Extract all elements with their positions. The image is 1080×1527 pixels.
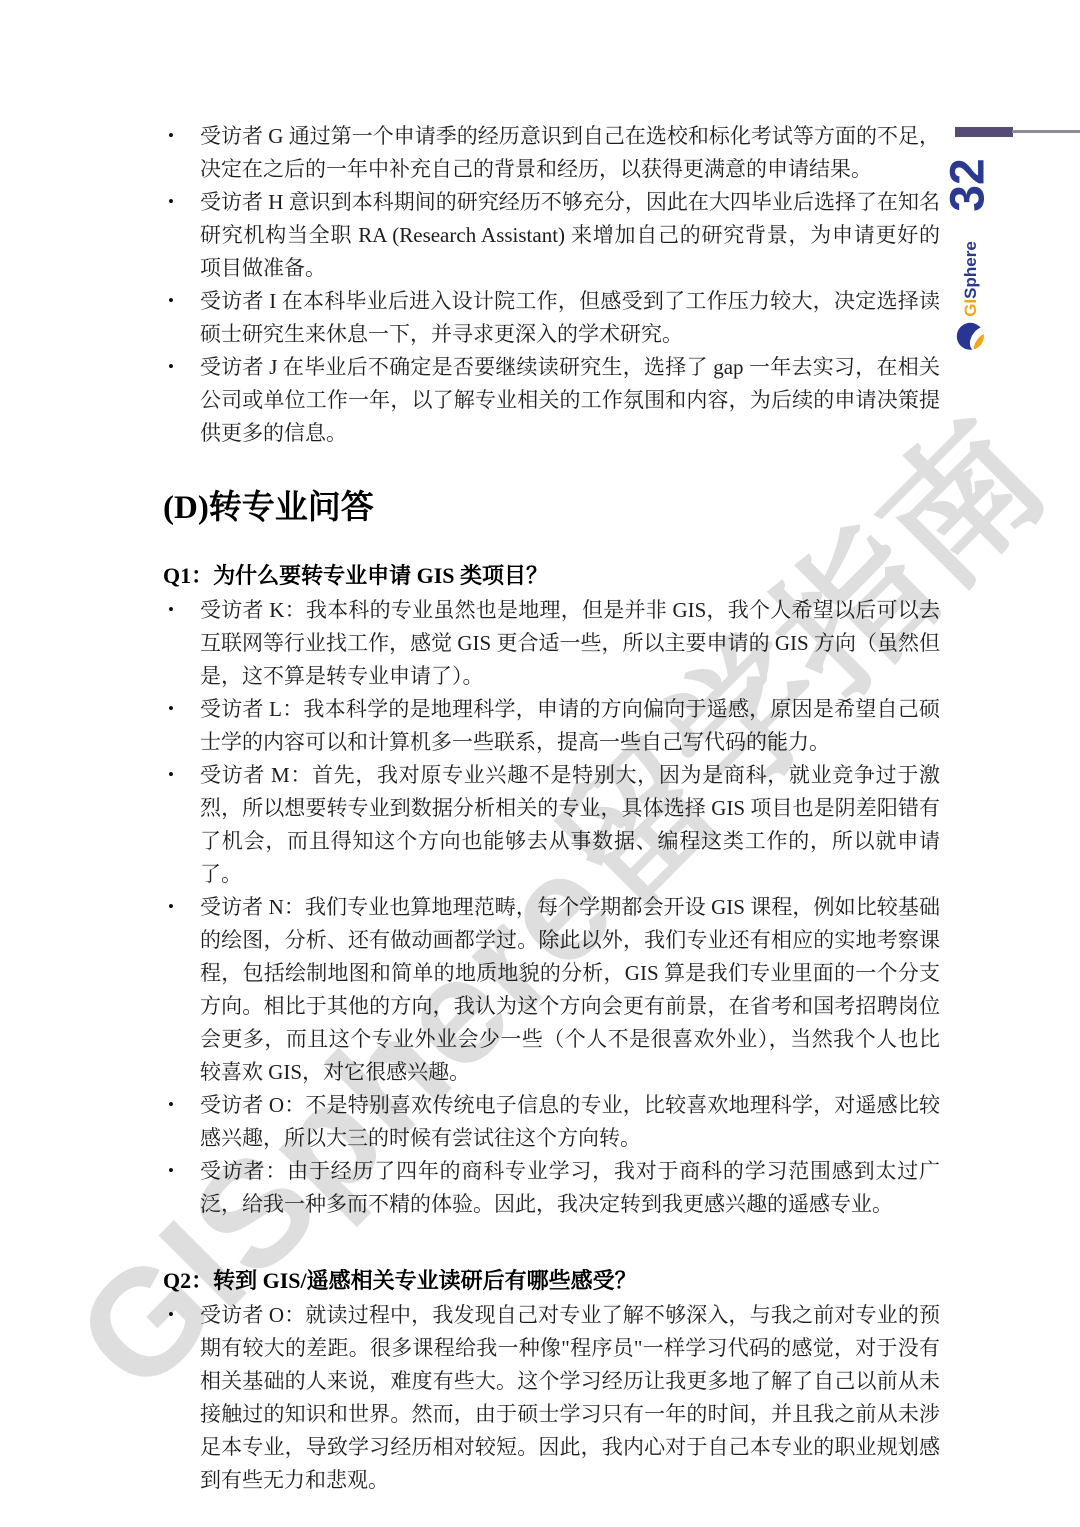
bullet-text: 受访者 O：就读过程中，我发现自己对专业了解不够深入，与我之前对专业的预期有较大… (200, 1303, 940, 1492)
bullet-text: 受访者 I 在本科毕业后进入设计院工作，但感受到了工作压力较大，决定选择读硕士研… (200, 289, 940, 346)
question-1-answer-list: • 受访者 K：我本科的专业虽然也是地理，但是并非 GIS，我个人希望以后可以去… (163, 594, 940, 1221)
page-number-container: 32 (928, 142, 1010, 228)
bullet-icon: • (168, 119, 174, 152)
bullet-icon: • (168, 284, 174, 317)
header-accent-line (1012, 130, 1080, 133)
bullet-text: 受访者 G 通过第一个申请季的经历意识到自己在选校和标化考试等方面的不足，决定在… (200, 124, 940, 181)
question-2-label: Q2： (163, 1268, 213, 1293)
bullet-icon: • (168, 1088, 174, 1121)
list-item: • 受访者 H 意识到本科期间的研究经历不够充分，因此在大四毕业后选择了在知名研… (163, 186, 940, 285)
bullet-text: 受访者 K：我本科的专业虽然也是地理，但是并非 GIS，我个人希望以后可以去互联… (200, 598, 940, 688)
gisphere-logo-text: GISphere (962, 241, 979, 317)
bullet-text: 受访者 L：我本科学的是地理科学，申请的方向偏向于遥感，原因是希望自己硕士学的内… (200, 697, 940, 754)
bullet-icon: • (168, 758, 174, 791)
question-1-label: Q1： (163, 563, 213, 588)
question-2-answer-list: • 受访者 O：就读过程中，我发现自己对专业了解不够深入，与我之前对专业的预期有… (163, 1299, 940, 1497)
bullet-icon: • (168, 593, 174, 626)
bullet-icon: • (168, 1154, 174, 1187)
brand-logo: GISphere (915, 240, 1025, 350)
page-number: 32 (945, 158, 993, 211)
logo-text-gi: GI (961, 298, 980, 316)
bullet-icon: • (168, 185, 174, 218)
bullet-icon: • (168, 692, 174, 725)
bullet-icon: • (168, 1298, 174, 1331)
header-accent-bar (955, 127, 1013, 137)
bullet-icon: • (168, 890, 174, 923)
document-page: GISphere留学指南 32 GISphere • 受访者 G 通过第一个申请… (0, 0, 1080, 1527)
logo-text-sphere: Sphere (961, 241, 980, 299)
bullet-text: 受访者 J 在毕业后不确定是否要继续读研究生，选择了 gap 一年去实习，在相关… (200, 355, 940, 445)
list-item: • 受访者 M：首先，我对原专业兴趣不是特别大，因为是商科，就业竞争过于激烈，所… (163, 759, 940, 891)
list-item: • 受访者 O：不是特别喜欢传统电子信息的专业，比较喜欢地理科学，对遥感比较感兴… (163, 1089, 940, 1155)
list-item: • 受访者 J 在毕业后不确定是否要继续读研究生，选择了 gap 一年去实习，在… (163, 351, 940, 450)
question-1-text: 为什么要转专业申请 GIS 类项目？ (213, 563, 548, 588)
list-item: • 受访者 K：我本科的专业虽然也是地理，但是并非 GIS，我个人希望以后可以去… (163, 594, 940, 693)
list-item: • 受访者 O：就读过程中，我发现自己对专业了解不够深入，与我之前对专业的预期有… (163, 1299, 940, 1497)
bullet-icon: • (168, 350, 174, 383)
bullet-text: 受访者 O：不是特别喜欢传统电子信息的专业，比较喜欢地理科学，对遥感比较感兴趣，… (200, 1093, 940, 1150)
question-1-heading: Q1：为什么要转专业申请 GIS 类项目？ (163, 560, 940, 592)
list-item: • 受访者 G 通过第一个申请季的经历意识到自己在选校和标化考试等方面的不足，决… (163, 120, 940, 186)
list-item: • 受访者 L：我本科学的是地理科学，申请的方向偏向于遥感，原因是希望自己硕士学… (163, 693, 940, 759)
bullet-text: 受访者：由于经历了四年的商科专业学习，我对于商科的学习范围感到太过广泛，给我一种… (200, 1159, 940, 1216)
list-item: • 受访者：由于经历了四年的商科专业学习，我对于商科的学习范围感到太过广泛，给我… (163, 1155, 940, 1221)
gisphere-globe-icon (957, 322, 984, 349)
question-2-heading: Q2：转到 GIS/遥感相关专业读研后有哪些感受？ (163, 1265, 940, 1297)
gisphere-logo: GISphere (957, 241, 984, 350)
question-2-text: 转到 GIS/遥感相关专业读研后有哪些感受？ (213, 1268, 637, 1293)
bullet-text: 受访者 N：我们专业也算地理范畴，每个学期都会开设 GIS 课程，例如比较基础的… (200, 895, 940, 1084)
list-item: • 受访者 I 在本科毕业后进入设计院工作，但感受到了工作压力较大，决定选择读硕… (163, 285, 940, 351)
page-content: • 受访者 G 通过第一个申请季的经历意识到自己在选校和标化考试等方面的不足，决… (163, 120, 940, 1497)
interviewee-summary-list: • 受访者 G 通过第一个申请季的经历意识到自己在选校和标化考试等方面的不足，决… (163, 120, 940, 450)
section-heading: (D)转专业问答 (163, 486, 940, 530)
list-item: • 受访者 N：我们专业也算地理范畴，每个学期都会开设 GIS 课程，例如比较基… (163, 891, 940, 1089)
bullet-text: 受访者 H 意识到本科期间的研究经历不够充分，因此在大四毕业后选择了在知名研究机… (200, 190, 940, 280)
bullet-text: 受访者 M：首先，我对原专业兴趣不是特别大，因为是商科，就业竞争过于激烈，所以想… (200, 763, 940, 886)
